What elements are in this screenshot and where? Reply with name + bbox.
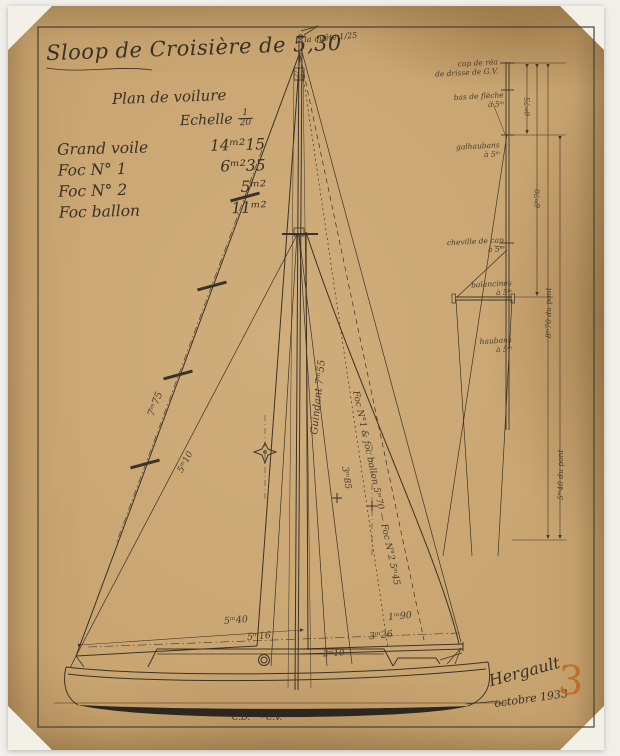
center-of-sail-label: C.V.	[266, 713, 282, 723]
rigging	[271, 70, 352, 688]
scale-denominator: 20	[238, 118, 254, 129]
plus-mark-icon	[332, 493, 342, 503]
sail-name: Grand voile	[57, 138, 148, 158]
topping-lift	[301, 48, 461, 642]
sail-area: 6ᵐ²35	[220, 156, 266, 175]
sail-name: Foc N° 1	[57, 160, 126, 180]
title-underline-flourish	[46, 68, 152, 70]
mainsheet	[447, 648, 461, 664]
sail-area: 11ᵐ²	[231, 198, 267, 217]
detail-note-shrouds: haubans à 5ᵐ	[448, 335, 513, 356]
bow-fitting	[70, 656, 84, 668]
sail-row: Foc ballon 11ᵐ²	[59, 198, 267, 221]
sail-name: Foc N° 2	[58, 181, 127, 201]
scale-word: Echelle	[180, 111, 233, 129]
sail-row: Foc N° 2 5ᵐ²	[58, 177, 266, 200]
scale-note: Echelle 1 20	[180, 109, 254, 131]
detail-dimension-2: 8ᵐ70 du pont	[544, 288, 553, 338]
scale-numerator: 1	[242, 109, 248, 118]
hull	[54, 649, 508, 706]
detail-dimension-0: 0ᵐ75	[523, 97, 532, 116]
foot-dimension-1: 5ᵐ40	[224, 614, 249, 627]
detail-note-topping-lifts: balancines à 5ᵐ	[448, 278, 513, 299]
boom	[300, 644, 463, 649]
sail-name: Foc ballon	[59, 202, 141, 222]
sail-row: Foc N° 1 6ᵐ²35	[57, 156, 265, 179]
foot-dimension-2: 5ᵐ16	[247, 630, 272, 643]
detail-note-cap-pin: cheville de cap à 5ᵐ	[440, 235, 505, 256]
center-of-drift-label: C.D.	[232, 713, 250, 723]
boom-dimension-1: 2ᵐ10	[323, 648, 345, 659]
mast	[282, 26, 318, 690]
detail-note-backstays: galhaubans à 5ᵐ	[436, 140, 501, 161]
mainsail	[300, 48, 463, 664]
sail-area: 5ᵐ²	[240, 177, 266, 196]
detail-dimension-1: 6ᵐ70	[533, 189, 542, 208]
sheet-number: 3	[557, 657, 585, 704]
sail-area: 14ᵐ²15	[210, 135, 266, 154]
detail-note-topsail-base: bas de flèche à 5ᵐ	[440, 90, 505, 111]
detail-dimension-3: 5ᵐ40 du pont	[556, 450, 565, 500]
detail-note-halyard-sheave: cap de réa de drisse de G.V.	[434, 57, 499, 78]
cv-arrow-icon: ↑	[258, 711, 266, 721]
scale-fraction: 1 20	[237, 109, 253, 129]
sail-area-table: Grand voile 14ᵐ²15 Foc N° 1 6ᵐ²35 Foc N°…	[57, 135, 267, 224]
foc-ballon-leech	[300, 55, 424, 640]
